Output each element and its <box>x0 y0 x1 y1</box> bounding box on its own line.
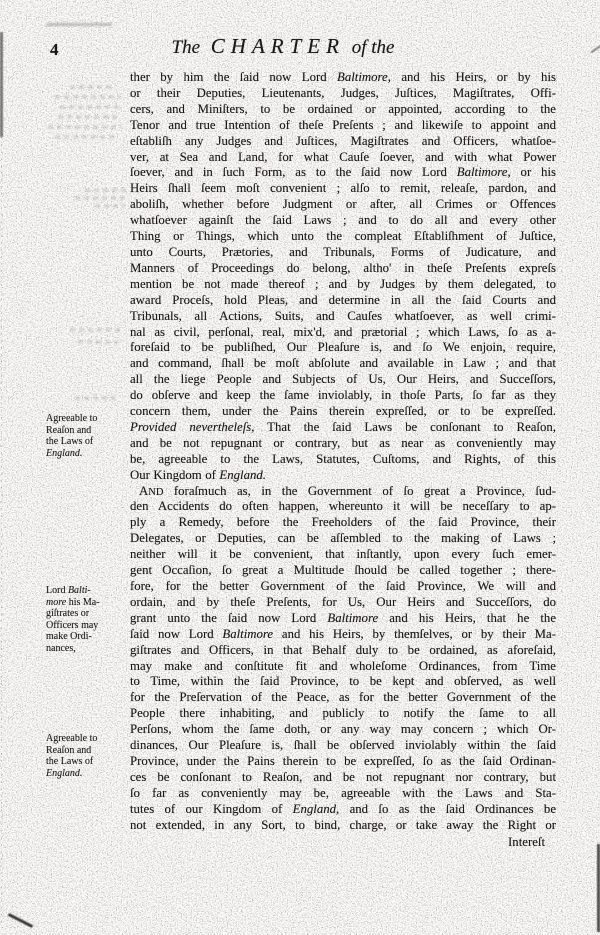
italic-text: Baltimore <box>337 70 388 84</box>
body-line: to Time, within the ſaid Province, to be… <box>130 674 556 690</box>
body-line: dinances, Our Pleaſure is, ſhall be obſe… <box>130 738 556 754</box>
bleed-through-mark <box>60 105 122 109</box>
text: to Time, within the ſaid Province, to be… <box>130 674 556 688</box>
text: and his Heirs, by themſelves, or by thei… <box>273 627 556 641</box>
text: , and his Heirs, or by his <box>388 70 556 84</box>
body-line: People there inhabiting, and publicly to… <box>130 706 556 722</box>
text: ſoever, and in ſuch Form, as to the ſaid… <box>130 165 457 179</box>
italic-text: Provided nevertheleſs, <box>130 420 254 434</box>
text: grant unto the ſaid now Lord <box>130 611 327 625</box>
text: concern them, under the Pains therein ex… <box>130 404 556 418</box>
scan-mark <box>8 913 33 928</box>
italic-text: England. <box>46 768 82 779</box>
text: mention be not made thereof ; and by Jud… <box>130 277 556 291</box>
text: , and ſo as the ſaid Ordinances be <box>336 802 556 816</box>
margin-note-line: Reaſon and <box>46 425 130 437</box>
margin-note: Agreeable toReaſon andthe Laws ofEngland… <box>46 413 130 459</box>
text: fore, for the better Government of the ſ… <box>130 579 556 593</box>
text: That the ſaid Laws be conſonant to Reaſo… <box>254 420 556 434</box>
text: the Laws of <box>46 756 93 767</box>
body-line: mention be not made thereof ; and by Jud… <box>130 277 556 293</box>
text: award Proceſs, hold Pleas, and determine… <box>130 293 556 307</box>
italic-text: Baltimore <box>457 165 508 179</box>
text: dinances, Our Pleaſure is, ſhall be obſe… <box>130 738 556 752</box>
text: unto Courts, Prætories, and Tribunals, F… <box>130 245 556 259</box>
text: nances, <box>46 643 76 654</box>
text: and his Heirs, that he the <box>378 611 556 625</box>
text: cers, and Miniſters, to be ordained or a… <box>130 102 556 116</box>
body-line: unto Courts, Prætories, and Tribunals, F… <box>130 245 556 261</box>
body-line: foreſaid to be publiſhed, Our Pleaſure i… <box>130 340 556 356</box>
text: ver, at Sea and Land, for what Cauſe ſoe… <box>130 150 556 164</box>
text: tutes of our Kingdom of <box>130 802 293 816</box>
text: all the liege People and Subjects of Us,… <box>130 372 556 386</box>
page-number: 4 <box>50 40 60 60</box>
body-line: may make and conſtitute fit and wholeſom… <box>130 659 556 675</box>
bleed-through-mark <box>48 125 122 129</box>
body-line: ordain, and by theſe Preſents, for Us, O… <box>130 595 556 611</box>
margin-note-line: Agreeable to <box>46 413 130 425</box>
bleed-through-mark <box>85 188 128 192</box>
body-line: and be not repugnant or contrary, but as… <box>130 436 556 452</box>
text: giſtrates or <box>46 608 89 619</box>
margin-note-line: Lord Balti- <box>46 585 130 597</box>
body-line: ſoever, and in ſuch Form, as to the ſaid… <box>130 165 556 181</box>
margin-note: Agreeable toReaſon andthe Laws ofEngland… <box>46 733 130 779</box>
text: ſo far as conveniently may be, agreeable… <box>130 786 556 800</box>
body-line: nal as civil, perſonal, real, mix'd, and… <box>130 325 556 341</box>
body-line: be, agreeable to the Laws, Statutes, Cuſ… <box>130 452 556 468</box>
margin-note-line: England. <box>46 448 130 460</box>
text: Our Kingdom of <box>130 468 219 482</box>
body-line: Manners of Proceedings do belong, altho'… <box>130 261 556 277</box>
bleed-through-mark <box>75 196 128 200</box>
text: be, agreeable to the Laws, Statutes, Cuſ… <box>130 452 556 466</box>
body-line: ver, at Sea and Land, for what Cauſe ſoe… <box>130 150 556 166</box>
body-line: ther by him the ſaid now Lord Baltimore,… <box>130 70 556 86</box>
bleed-through-mark <box>55 95 121 99</box>
header-pre: The <box>172 37 205 58</box>
italic-text: England. <box>46 448 82 459</box>
text: ordain, and by theſe Preſents, for Us, O… <box>130 595 556 609</box>
text: Manners of Proceedings do belong, altho'… <box>130 261 556 275</box>
body-line: concern them, under the Pains therein ex… <box>130 404 556 420</box>
text: ces be conſonant to Reaſon, and be not r… <box>130 770 556 784</box>
text: neither will it be convenient, that inſt… <box>130 547 556 561</box>
body-line: for the Preſervation of the Peace, as fo… <box>130 690 556 706</box>
text: whatſoever againſt the ſaid Laws ; and t… <box>130 213 556 227</box>
italic-text: Balti- <box>68 585 91 596</box>
text: Agreeable to <box>46 413 97 424</box>
text: and command, ſhall be moſt abſolute and … <box>130 356 556 370</box>
text: foreſaid to be publiſhed, Our Pleaſure i… <box>130 340 556 354</box>
body-line: all the liege People and Subjects of Us,… <box>130 372 556 388</box>
text: Heirs ſhall ſeem moſt convenient ; alſo … <box>130 181 556 195</box>
margin-note-line: nances, <box>46 643 130 655</box>
text: Province, under the Pains therein to be … <box>130 754 556 768</box>
body-line: ply a Remedy, before the Freeholders of … <box>130 515 556 531</box>
body-line: giſtrates and Officers, in that Behalf d… <box>130 643 556 659</box>
text: do obſerve and keep the ſame inviolably,… <box>130 388 556 402</box>
margin-note-line: giſtrates or <box>46 608 130 620</box>
text: or their Deputies, Lieutenants, Judges, … <box>130 86 556 100</box>
body-line: Perſons, whom the ſame doth, or any way … <box>130 722 556 738</box>
text: his Ma- <box>66 597 99 608</box>
margin-note-line: make Ordi- <box>46 631 130 643</box>
bleed-through-mark <box>58 115 120 119</box>
text: , or his <box>508 165 557 179</box>
text: Tenor and true Intention of theſe Preſen… <box>130 118 556 132</box>
margin-note-line: the Laws of <box>46 436 130 448</box>
text: ther by him the ſaid now Lord <box>130 70 337 84</box>
body-line: Our Kingdom of England. <box>130 468 556 484</box>
body-line: Delegates, or Deputies, can be aſſembled… <box>130 531 556 547</box>
body-line: do obſerve and keep the ſame inviolably,… <box>130 388 556 404</box>
running-header: The CHARTER of the <box>76 34 490 59</box>
scan-mark <box>591 45 600 54</box>
body-line: den Accidents do often happen, whereunto… <box>130 499 556 515</box>
text: aboliſh, whether before Judgment or afte… <box>130 197 556 211</box>
body-line: award Proceſs, hold Pleas, and determine… <box>130 293 556 309</box>
body-line: fore, for the better Government of the ſ… <box>130 579 556 595</box>
body-line: aboliſh, whether before Judgment or afte… <box>130 197 556 213</box>
text: Agreeable to <box>46 733 97 744</box>
body-line: Provided nevertheleſs, That the ſaid Law… <box>130 420 556 436</box>
header-post: of the <box>347 37 395 58</box>
margin-note-line: Agreeable to <box>46 733 130 745</box>
text: Tribunals, all Actions, Suits, and Cauſe… <box>130 309 556 323</box>
body-line: Thing or Things, which unto the compleat… <box>130 229 556 245</box>
text: Perſons, whom the ſame doth, or any way … <box>130 722 556 736</box>
text: may make and conſtitute fit and wholeſom… <box>130 659 556 673</box>
text: ſaid now Lord <box>130 627 222 641</box>
body-line: AND foraſmuch as, in the Government of ſ… <box>130 484 556 500</box>
text: Reaſon and <box>46 745 91 756</box>
text: and be not repugnant or contrary, but as… <box>130 436 556 450</box>
margin-note: Lord Balti-more his Ma-giſtrates orOffic… <box>46 585 130 655</box>
body-line: grant unto the ſaid now Lord Baltimore a… <box>130 611 556 627</box>
text: ND <box>148 487 163 498</box>
body-line: Province, under the Pains therein to be … <box>130 754 556 770</box>
italic-text: England. <box>219 468 266 482</box>
body-line: cers, and Miniſters, to be ordained or a… <box>130 102 556 118</box>
text: Officers may <box>46 620 98 631</box>
margin-note-line: the Laws of <box>46 756 130 768</box>
scanned-page: 4 The CHARTER of the ther by him the ſai… <box>0 0 600 935</box>
text: nal as civil, perſonal, real, mix'd, and… <box>130 325 556 339</box>
scan-fold-line <box>1 137 2 927</box>
text: giſtrates and Officers, in that Behalf d… <box>130 643 556 657</box>
italic-text: Baltimore <box>327 611 378 625</box>
text: not extended, in any Sort, to bind, char… <box>130 818 556 832</box>
body-line: Tribunals, all Actions, Suits, and Cauſe… <box>130 309 556 325</box>
body-line: ces be conſonant to Reaſon, and be not r… <box>130 770 556 786</box>
body-line: whatſoever againſt the ſaid Laws ; and t… <box>130 213 556 229</box>
body-line: and command, ſhall be moſt abſolute and … <box>130 356 556 372</box>
margin-note-line: more his Ma- <box>46 597 130 609</box>
catchword: Intereſt <box>130 835 556 850</box>
margin-note-line: Reaſon and <box>46 745 130 757</box>
text: A <box>139 484 148 498</box>
italic-text: Baltimore <box>222 627 273 641</box>
header-title: CHARTER <box>211 34 345 58</box>
text: Thing or Things, which unto the compleat… <box>130 229 556 243</box>
italic-text: more <box>46 597 66 608</box>
body-line: eſtabliſh any Judges and Juſtices, Magiſ… <box>130 134 556 150</box>
italic-text: England <box>293 802 336 816</box>
bleed-through-mark <box>95 204 125 208</box>
body-line: or their Deputies, Lieutenants, Judges, … <box>130 86 556 102</box>
body-line: Tenor and true Intention of theſe Preſen… <box>130 118 556 134</box>
body-line: ſaid now Lord Baltimore and his Heirs, b… <box>130 627 556 643</box>
body-line: tutes of our Kingdom of England, and ſo … <box>130 802 556 818</box>
body-line: not extended, in any Sort, to bind, char… <box>130 818 556 834</box>
body-line: gent Occaſion, ſo great a Multitude ſhou… <box>130 563 556 579</box>
body-text: ther by him the ſaid now Lord Baltimore,… <box>130 70 556 834</box>
text: eſtabliſh any Judges and Juſtices, Magiſ… <box>130 134 556 148</box>
body-line: ſo far as conveniently may be, agreeable… <box>130 786 556 802</box>
margin-note-line: England. <box>46 768 130 780</box>
text: foraſmuch as, in the Government of ſo gr… <box>163 484 556 498</box>
text: Reaſon and <box>46 425 91 436</box>
bleed-through-mark <box>70 328 120 332</box>
text: Lord <box>46 585 68 596</box>
text: People there inhabiting, and publicly to… <box>130 706 556 720</box>
bleed-through-mark <box>78 340 118 344</box>
text: ply a Remedy, before the Freeholders of … <box>130 515 556 529</box>
body-line: Heirs ſhall ſeem moſt convenient ; alſo … <box>130 181 556 197</box>
text: for the Preſervation of the Peace, as fo… <box>130 690 556 704</box>
text: Delegates, or Deputies, can be aſſembled… <box>130 531 556 545</box>
text: make Ordi- <box>46 631 92 642</box>
bleed-through-mark <box>55 135 115 139</box>
text: den Accidents do often happen, whereunto… <box>130 499 556 513</box>
bleed-through-mark <box>75 396 115 400</box>
margin-note-line: Officers may <box>46 620 130 632</box>
text: gent Occaſion, ſo great a Multitude ſhou… <box>130 563 556 577</box>
body-line: neither will it be convenient, that inſt… <box>130 547 556 563</box>
text: the Laws of <box>46 436 93 447</box>
scan-smudge <box>46 23 112 26</box>
bleed-through-mark <box>70 85 116 89</box>
scan-edge-mark <box>0 32 3 137</box>
